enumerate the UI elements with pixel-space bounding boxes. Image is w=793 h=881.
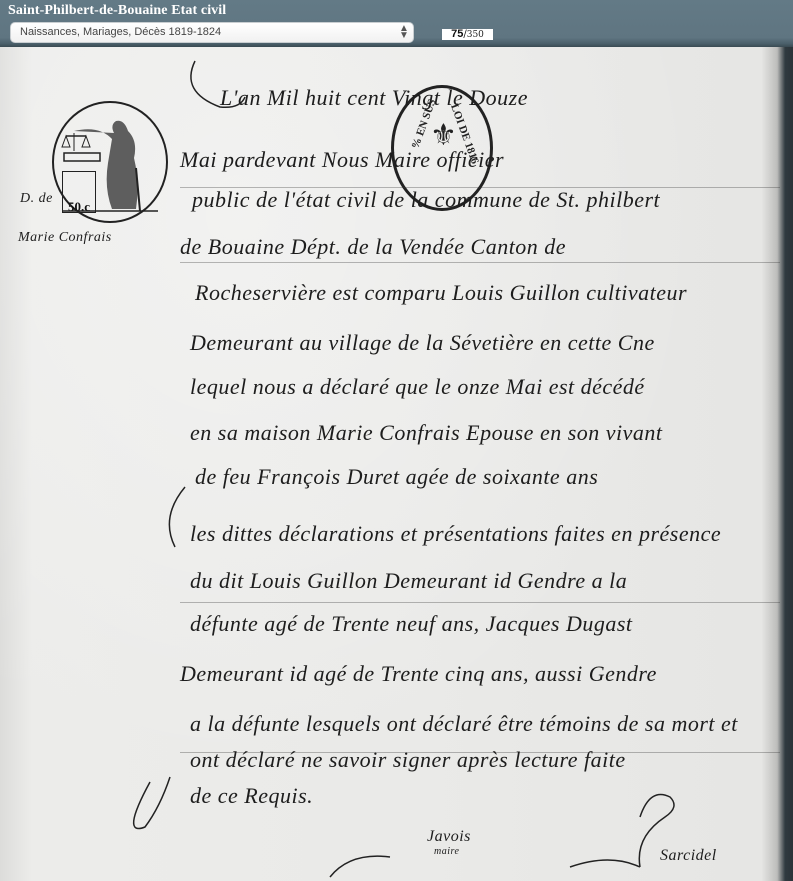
select-arrows-icon: ▲▼ (399, 25, 407, 39)
record-line: lequel nous a déclaré que le onze Mai es… (190, 374, 645, 400)
page-counter[interactable]: 75/350 (442, 29, 493, 40)
app-header: Saint-Philbert-de-Bouaine Etat civil Nai… (0, 0, 793, 47)
record-line: L'an Mil huit cent Vingt le Douze (220, 85, 528, 111)
record-line: du dit Louis Guillon Demeurant id Gendre… (190, 568, 627, 594)
record-line: en sa maison Marie Confrais Epouse en so… (190, 420, 663, 446)
justice-figure-icon (54, 103, 166, 221)
record-line: ont déclaré ne savoir signer après lectu… (190, 747, 626, 773)
record-line: public de l'état civil de la commune de … (192, 187, 660, 213)
mayor-title: maire (434, 846, 459, 857)
register-select[interactable]: Naissances, Mariages, Décès 1819-1824 ▲▼ (10, 22, 414, 43)
justice-figure-stamp-icon: 50.c (52, 101, 168, 223)
record-line: de feu François Duret agée de soixante a… (195, 464, 598, 490)
total-pages: 350 (467, 30, 484, 40)
record-line: Mai pardevant Nous Maire officier (180, 147, 504, 173)
record-line: défunte agé de Trente neuf ans, Jacques … (190, 611, 633, 637)
official-signature: Sarcidel (660, 847, 717, 865)
mayor-signature: Javois (427, 828, 471, 846)
record-line: les dittes déclarations et présentations… (190, 521, 721, 547)
record-line: a la défunte lesquels ont déclaré être t… (190, 711, 738, 737)
document-viewer[interactable]: 50.c % EN SUS LOI DE 1816 ⚜ D. de Marie … (0, 47, 793, 881)
record-line: de ce Requis. (190, 783, 313, 809)
register-select-value: Naissances, Mariages, Décès 1819-1824 (20, 26, 221, 38)
archive-title: Saint-Philbert-de-Bouaine Etat civil (8, 3, 226, 19)
record-line: Demeurant au village de la Sévetière en … (190, 330, 655, 356)
record-line: Demeurant id agé de Trente cinq ans, aus… (180, 661, 657, 687)
record-line: Rocheservière est comparu Louis Guillon … (195, 280, 687, 306)
margin-note-line-1: D. de (20, 191, 53, 207)
current-page: 75 (451, 28, 463, 40)
record-line: de Bouaine Dépt. de la Vendée Canton de (180, 234, 566, 260)
margin-note-line-2: Marie Confrais (18, 230, 112, 246)
